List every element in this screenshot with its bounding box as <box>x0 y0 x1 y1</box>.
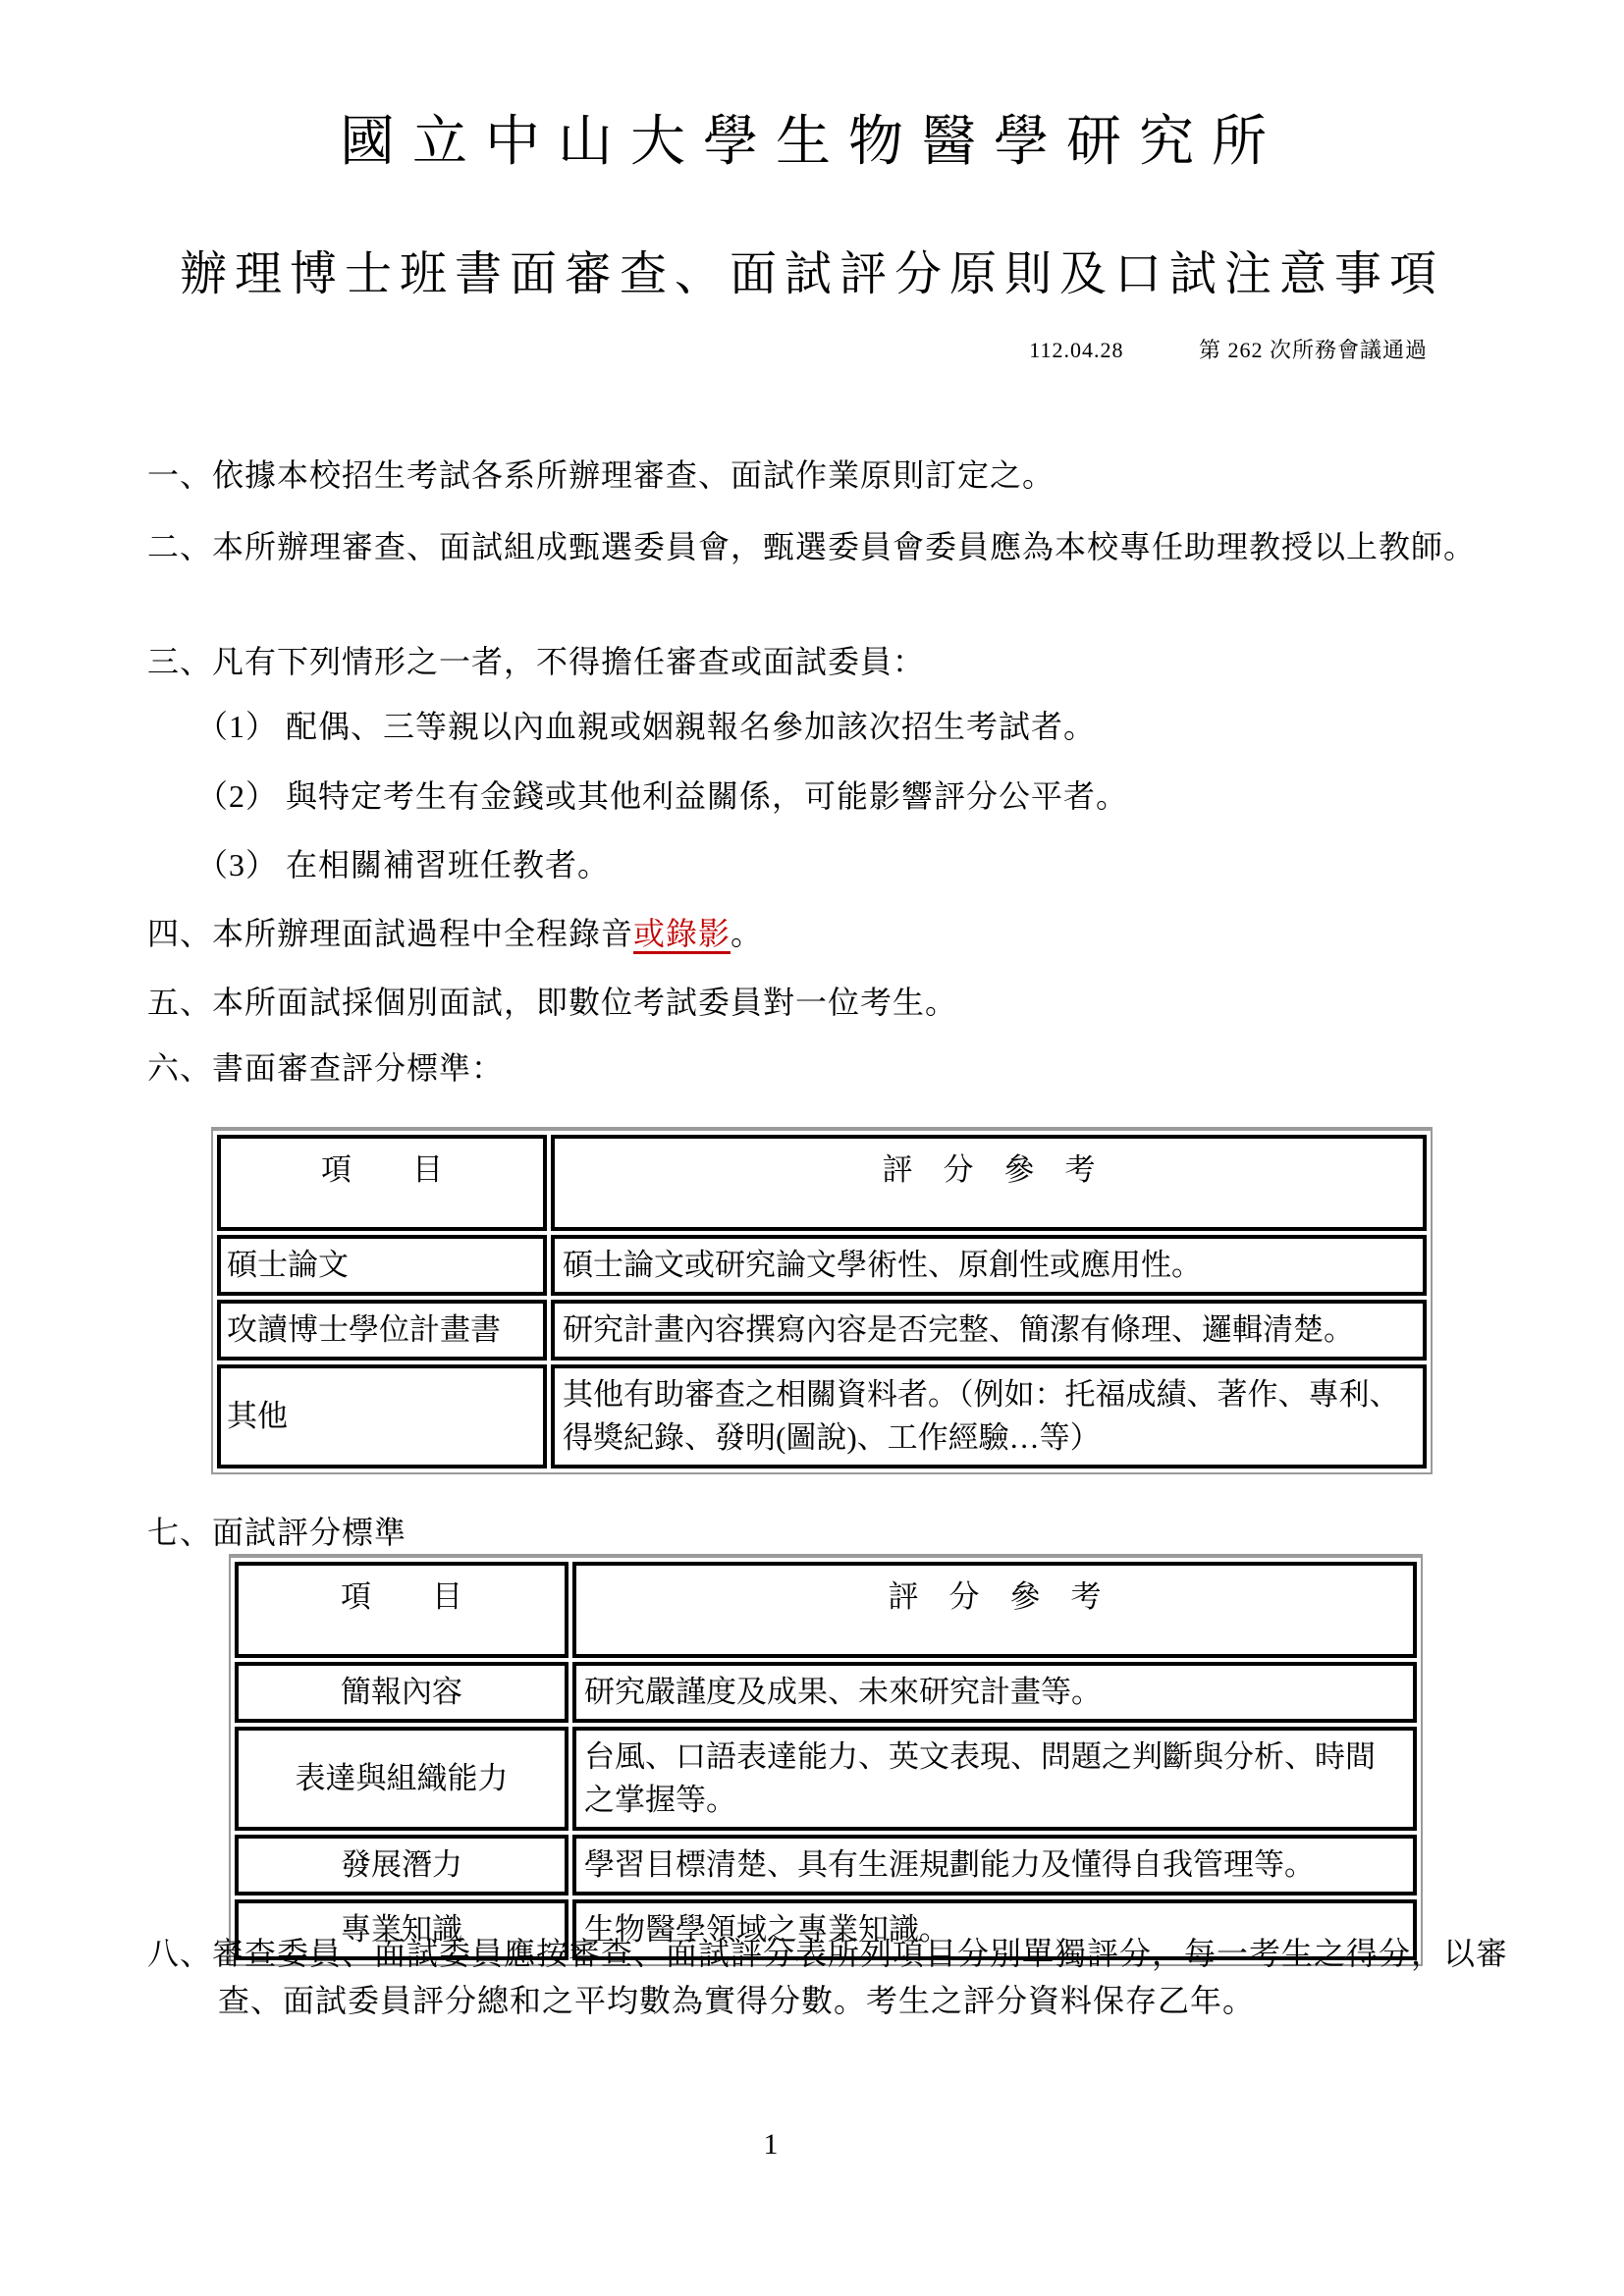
subitem-text: 在相關補習班任教者。 <box>286 847 610 882</box>
item-number: 三、 <box>147 644 212 679</box>
row-value: 台風、口語表達能力、英文表現、問題之判斷與分析、時間之掌握等。 <box>572 1727 1417 1831</box>
row-label: 其他 <box>217 1364 547 1468</box>
item-number: 四、 <box>147 916 212 951</box>
item-number: 二、 <box>147 529 212 564</box>
row-label: 碩士論文 <box>217 1235 547 1296</box>
rule-item-3-sub-1: （1）配偶、三等親以內血親或姻親報名參加該次招生考試者。 <box>196 703 1473 750</box>
item-text: 本所辦理審查、面試組成甄選委員會，甄選委員會委員應為本校專任助理教授以上教師。 <box>212 529 1476 564</box>
rule-item-2: 二、本所辦理審查、面試組成甄選委員會，甄選委員會委員應為本校專任助理教授以上教師… <box>147 523 1524 570</box>
row-label: 表達與組織能力 <box>235 1727 568 1831</box>
header-cell-item: 項 目 <box>217 1135 547 1231</box>
table-row: 發展潛力 學習目標清楚、具有生涯規劃能力及懂得自我管理等。 <box>235 1835 1417 1896</box>
item-number: 六、 <box>147 1050 212 1086</box>
table-row: 其他 其他有助審查之相關資料者。（例如：托福成績、著作、專利、得獎紀錄、發明(圖… <box>217 1364 1427 1468</box>
subitem-number: （3） <box>196 847 278 882</box>
table-row: 簡報內容 研究嚴謹度及成果、未來研究計畫等。 <box>235 1662 1417 1723</box>
item-text: 審查委員、面試委員應按審查、面試評分表所列項目分別單獨評分，每一考生之得分，以審… <box>212 1936 1508 2018</box>
item-text: 。 <box>731 916 763 951</box>
table-row: 表達與組織能力 台風、口語表達能力、英文表現、問題之判斷與分析、時間之掌握等。 <box>235 1727 1417 1831</box>
header-cell-scoring-reference: 評 分 參 考 <box>551 1135 1427 1231</box>
item-number: 一、 <box>147 457 212 493</box>
item-text: 本所辦理面試過程中全程錄音 <box>212 916 633 951</box>
row-value: 其他有助審查之相關資料者。（例如：托福成績、著作、專利、得獎紀錄、發明(圖說)、… <box>551 1364 1427 1468</box>
item-text: 凡有下列情形之一者，不得擔任審查或面試委員： <box>212 644 925 679</box>
doc-subtitle: 辦理博士班書面審查、面試評分原則及口試注意事項 <box>0 236 1624 303</box>
approval-meeting-note: 第 262 次所務會議通過 <box>1199 338 1428 362</box>
rule-item-1: 一、依據本校招生考試各系所辦理審查、面試作業原則訂定之。 <box>147 452 1548 499</box>
rule-item-3: 三、凡有下列情形之一者，不得擔任審查或面試委員： <box>147 638 1548 685</box>
item-text: 依據本校招生考試各系所辦理審查、面試作業原則訂定之。 <box>212 457 1055 493</box>
rule-item-8: 八、審查委員、面試委員應按審查、面試評分表所列項目分別單獨評分，每一考生之得分，… <box>147 1930 1524 2024</box>
item-number: 五、 <box>147 985 212 1020</box>
subitem-text: 與特定考生有金錢或其他利益關係，可能影響評分公平者。 <box>286 778 1128 814</box>
doc-title: 國立中山大學生物醫學研究所 <box>0 98 1624 177</box>
item-number: 八、 <box>147 1936 212 1971</box>
row-value: 學習目標清楚、具有生涯規劃能力及懂得自我管理等。 <box>572 1835 1417 1896</box>
table-header-row: 項 目 評 分 參 考 <box>235 1562 1417 1658</box>
written-review-criteria-table: 項 目 評 分 參 考 碩士論文 碩士論文或研究論文學術性、原創性或應用性。 攻… <box>211 1127 1433 1474</box>
item-number: 七、 <box>147 1515 212 1550</box>
table: 項 目 評 分 參 考 簡報內容 研究嚴謹度及成果、未來研究計畫等。 表達與組織… <box>231 1558 1421 1964</box>
row-label: 簡報內容 <box>235 1662 568 1723</box>
rule-item-3-sub-3: （3）在相關補習班任教者。 <box>196 841 1473 888</box>
table-row: 攻讀博士學位計畫書 研究計畫內容撰寫內容是否完整、簡潔有條理、邏輯清楚。 <box>217 1300 1427 1361</box>
interview-criteria-table: 項 目 評 分 參 考 簡報內容 研究嚴謹度及成果、未來研究計畫等。 表達與組織… <box>229 1554 1423 1966</box>
document-page: 國立中山大學生物醫學研究所 辦理博士班書面審查、面試評分原則及口試注意事項 11… <box>0 0 1624 2296</box>
subitem-number: （2） <box>196 778 278 814</box>
row-value: 碩士論文或研究論文學術性、原創性或應用性。 <box>551 1235 1427 1296</box>
item-text: 本所面試採個別面試，即數位考試委員對一位考生。 <box>212 985 957 1020</box>
subitem-number: （1） <box>196 709 278 744</box>
page-number: 1 <box>0 2128 1542 2162</box>
row-label: 攻讀博士學位計畫書 <box>217 1300 547 1361</box>
approval-line: 112.04.28 第 262 次所務會議通過 <box>1029 334 1428 364</box>
header-cell-item: 項 目 <box>235 1562 568 1658</box>
header-cell-scoring-reference: 評 分 參 考 <box>572 1562 1417 1658</box>
item-text: 面試評分標準 <box>212 1515 406 1550</box>
subitem-text: 配偶、三等親以內血親或姻親報名參加該次招生考試者。 <box>286 709 1096 744</box>
table-header-row: 項 目 評 分 參 考 <box>217 1135 1427 1231</box>
row-label: 發展潛力 <box>235 1835 568 1896</box>
item-text: 書面審查評分標準： <box>212 1050 504 1086</box>
rule-item-6: 六、書面審查評分標準： <box>147 1044 1548 1092</box>
rule-item-5: 五、本所面試採個別面試，即數位考試委員對一位考生。 <box>147 979 1548 1026</box>
item-text-red-underlined: 或錄影 <box>633 916 731 951</box>
row-value: 研究計畫內容撰寫內容是否完整、簡潔有條理、邏輯清楚。 <box>551 1300 1427 1361</box>
rule-item-4: 四、本所辦理面試過程中全程錄音或錄影。 <box>147 910 1548 957</box>
row-value: 研究嚴謹度及成果、未來研究計畫等。 <box>572 1662 1417 1723</box>
rule-item-7: 七、面試評分標準 <box>147 1509 1548 1556</box>
approval-date: 112.04.28 <box>1029 338 1123 362</box>
table: 項 目 評 分 參 考 碩士論文 碩士論文或研究論文學術性、原創性或應用性。 攻… <box>213 1131 1431 1472</box>
rule-item-3-sub-2: （2）與特定考生有金錢或其他利益關係，可能影響評分公平者。 <box>196 773 1473 820</box>
table-row: 碩士論文 碩士論文或研究論文學術性、原創性或應用性。 <box>217 1235 1427 1296</box>
